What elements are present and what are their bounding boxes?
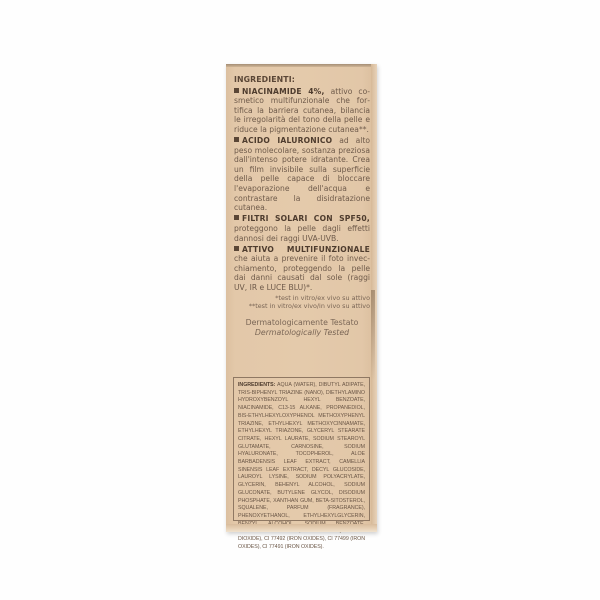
- product-photo: INGREDIENTI: NIACINAMIDE 4%, attivo co­s…: [0, 0, 600, 600]
- square-bullet-icon: [234, 246, 239, 251]
- product-box-side-panel: INGREDIENTI: NIACINAMIDE 4%, attivo co­s…: [226, 64, 377, 532]
- ingredient-description: proteggono la pelle dagli effetti dannos…: [234, 224, 370, 243]
- ingredient-item-niacinamide: NIACINAMIDE 4%, attivo co­smetico multif…: [234, 87, 370, 135]
- inci-label: INGREDIENTS:: [238, 382, 275, 388]
- ingredient-item-sun-filters: FILTRI SOLARI CON SPF50, proteggono la p…: [234, 214, 370, 243]
- dermatology-claim: Dermatologicamente Testato Dermatologica…: [234, 318, 370, 337]
- footnote-2: **test in vitro/ex vivo/in vivo su attiv…: [234, 302, 370, 310]
- square-bullet-icon: [234, 215, 239, 220]
- ingredient-title: ATTIVO MULTIFUNZIONALE: [242, 245, 370, 254]
- ingredients-description: INGREDIENTI: NIACINAMIDE 4%, attivo co­s…: [234, 75, 370, 338]
- ingredient-description: ad alto peso molecolare, sostanza pre­zi…: [234, 136, 370, 212]
- inci-ingredients-box: INGREDIENTS: AQUA (WATER), DIBUTYL ADIPA…: [233, 377, 370, 521]
- square-bullet-icon: [234, 88, 239, 93]
- ingredient-title: ACIDO IALURONICO: [242, 136, 332, 145]
- ingredient-item-multifunctional-active: ATTIVO MULTIFUNZIONALE che aiuta a preve…: [234, 245, 370, 293]
- box-bottom-edge: [226, 524, 377, 532]
- flap-crease: [371, 290, 375, 380]
- ingredient-title: FILTRI SOLARI CON SPF50,: [242, 214, 370, 223]
- ingredient-title: NIACINAMIDE 4%,: [242, 87, 325, 96]
- ingredient-description: che aiuta a prevenire il foto invec­chia…: [234, 254, 370, 292]
- footnotes: *test in vitro/ex vivo su attivo **test …: [234, 294, 370, 310]
- footnote-1: *test in vitro/ex vivo su attivo: [234, 294, 370, 302]
- ingredient-item-hyaluronic-acid: ACIDO IALURONICO ad alto peso molecolare…: [234, 136, 370, 213]
- dermatology-claim-it: Dermatologicamente Testato: [234, 318, 370, 328]
- box-top-edge: [226, 64, 377, 67]
- ingredients-heading: INGREDIENTI:: [234, 75, 370, 85]
- dermatology-claim-en: Dermatologically Tested: [234, 328, 370, 338]
- square-bullet-icon: [234, 137, 239, 142]
